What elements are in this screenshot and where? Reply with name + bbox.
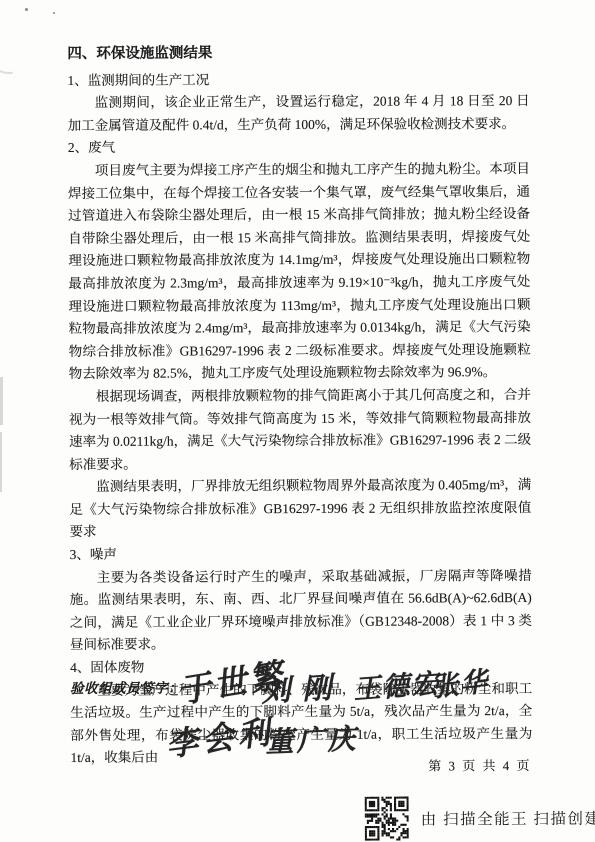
qr-code-icon (365, 797, 409, 841)
paragraph-noise-results: 主要为各类设备运行时产生的噪声，采取基础减振，厂房隔声等降噪措施。监测结果表明，… (70, 565, 532, 657)
section-heading-production: 1、监测期间的生产工况 (67, 68, 529, 93)
page-title: 四、环保设施监测结果 (67, 41, 529, 66)
scanned-document-page: 四、环保设施监测结果 1、监测期间的生产工况 监测期间，该企业正常生产，设置运行… (0, 0, 595, 842)
paragraph-fugitive-emission: 监测结果表明，厂界排放无组织颗粒物周界外最高浓度为 0.405mg/m³，满足《… (69, 474, 531, 544)
paragraph-production-status: 监测期间，该企业正常生产，设置运行稳定，2018 年 4 月 18 日至 20 … (68, 90, 530, 137)
section-heading-waste-gas: 2、废气 (68, 135, 530, 160)
handwritten-signature-6: 董广庆 (265, 717, 360, 761)
page-number: 第 3 页 共 4 页 (428, 755, 531, 774)
handwritten-signature-3: 王德宏 (352, 661, 442, 706)
signature-label: 验收组成员签字： (70, 677, 182, 697)
paragraph-waste-gas-results: 项目废气主要为焊接工序产生的烟尘和抛丸工序产生的抛丸粉尘。本项目焊接工位集中，在… (68, 158, 531, 386)
handwritten-signature-2: 刘刚 (260, 665, 344, 711)
scanner-credit-text: 由 扫描全能王 扫描创建 (421, 807, 595, 830)
document-body: 四、环保设施监测结果 1、监测期间的生产工况 监测期间，该企业正常生产，设置运行… (0, 0, 595, 842)
section-heading-noise: 3、噪声 (70, 542, 532, 567)
handwritten-signature-4: 张华 (429, 659, 491, 704)
paragraph-equivalent-stack: 根据现场调查，两根排放颗粒物的排气筒距离小于其几何高度之和，合并视为一根等效排气… (69, 384, 531, 476)
scanner-credit: 由 扫描全能王 扫描创建 (365, 796, 595, 841)
handwritten-signature-5: 李会利 (163, 707, 276, 766)
